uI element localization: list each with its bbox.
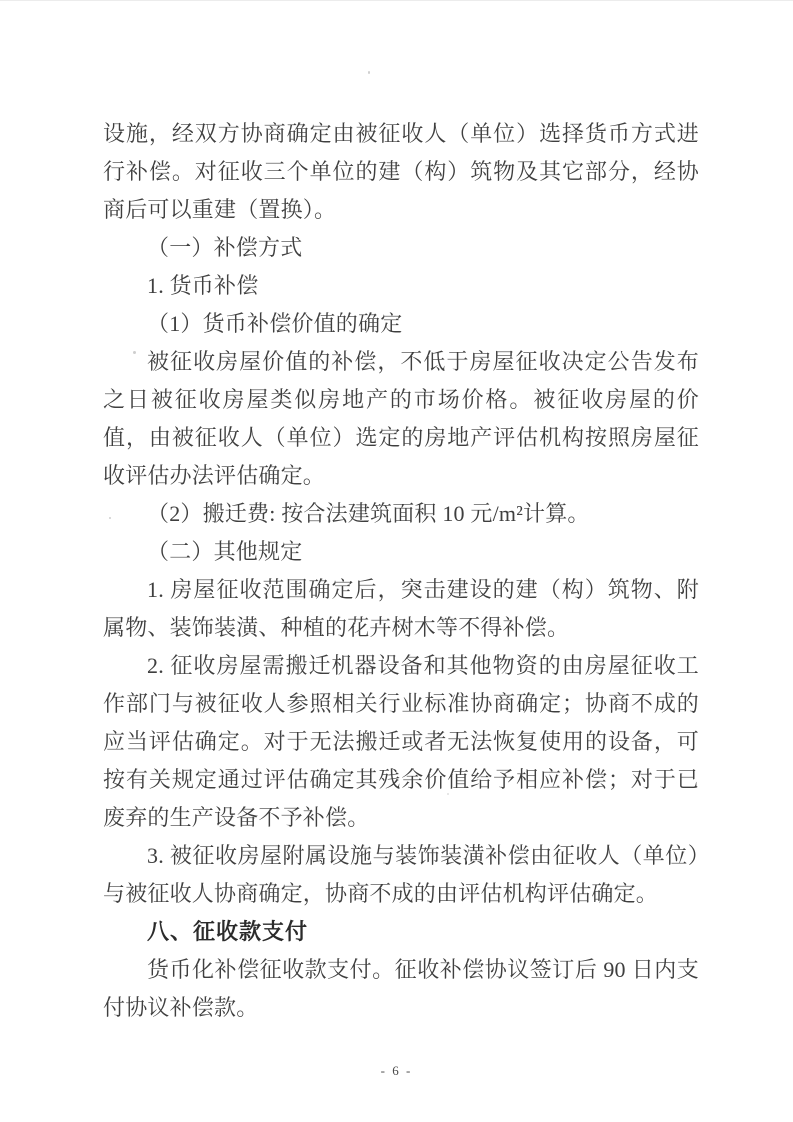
paragraph-rule-2: 2. 征收房屋需搬迁机器设备和其他物资的由房屋征收工作部门与被征收人参照相关行业… — [103, 647, 699, 837]
page-number: - 6 - — [0, 1063, 793, 1079]
scan-speck — [368, 71, 370, 74]
list-item-monetary-compensation: 1. 货币补偿 — [103, 267, 699, 305]
paragraph-value-determination-detail: 被征收房屋价值的补偿，不低于房屋征收决定公告发布之日被征收房屋类似房地产的市场价… — [103, 343, 699, 495]
list-item-moving-fee: （2）搬迁费: 按合法建筑面积 10 元/m²计算。 — [103, 495, 699, 533]
document-page: 设施，经双方协商确定由被征收人（单位）选择货币方式进行补偿。对征收三个单位的建（… — [0, 0, 793, 1122]
document-body: 设施，经双方协商确定由被征收人（单位）选择货币方式进行补偿。对征收三个单位的建（… — [103, 115, 699, 1027]
list-item-value-determination: （1）货币补偿价值的确定 — [103, 305, 699, 343]
subsection-label-compensation-method: （一）补偿方式 — [103, 229, 699, 267]
section-heading-payment: 八、征收款支付 — [103, 913, 699, 951]
paragraph-rule-1: 1. 房屋征收范围确定后，突击建设的建（构）筑物、附属物、装饰装潢、种植的花卉树… — [103, 571, 699, 647]
subsection-label-other-rules: （二）其他规定 — [103, 533, 699, 571]
paragraph-payment-detail: 货币化补偿征收款支付。征收补偿协议签订后 90 日内支付协议补偿款。 — [103, 951, 699, 1027]
paragraph-rule-3: 3. 被征收房屋附属设施与装饰装潢补偿由征收人（单位）与被征收人协商确定，协商不… — [103, 837, 699, 913]
scan-speck — [109, 517, 111, 519]
scan-speck — [133, 351, 136, 354]
paragraph-continuation: 设施，经双方协商确定由被征收人（单位）选择货币方式进行补偿。对征收三个单位的建（… — [103, 115, 699, 229]
scan-speck — [447, 793, 449, 795]
